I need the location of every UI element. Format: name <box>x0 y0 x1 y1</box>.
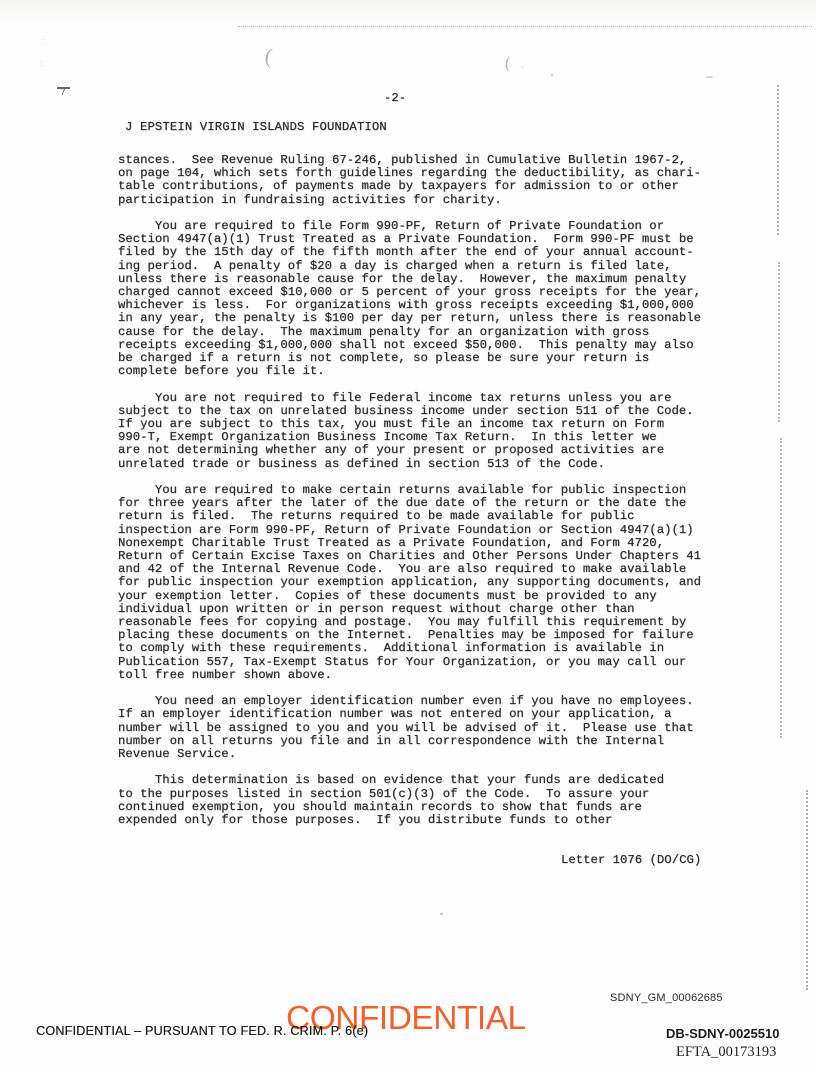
scan-artifact-tick: · <box>521 62 524 73</box>
addressee-line: J EPSTEIN VIRGIN ISLANDS FOUNDATION <box>125 120 387 134</box>
letter-body: stances. See Revenue Ruling 67-246, publ… <box>118 154 778 840</box>
scan-artifact-dash: – <box>706 69 712 83</box>
scanned-letter-page: ( ( · – : : 7 -2- J EPSTEIN VIRGIN ISLAN… <box>0 0 816 1073</box>
letter-form-reference: Letter 1076 (DO/CG) <box>561 853 701 867</box>
scan-artifact-dots: : <box>42 36 45 46</box>
scan-edge-dashed-line <box>806 790 808 990</box>
scan-edge-dashed-line <box>778 262 780 422</box>
paragraph-2: You are required to file Form 990-PF, Re… <box>118 220 778 378</box>
paragraph-5: You need an employer identification numb… <box>118 695 778 761</box>
paragraph-1: stances. See Revenue Ruling 67-246, publ… <box>118 154 778 207</box>
confidential-watermark: CONFIDENTIAL <box>286 1000 526 1038</box>
scan-edge-dashed-line <box>780 438 782 738</box>
scan-speck <box>440 913 443 915</box>
page-number: -2- <box>384 91 406 105</box>
paragraph-4: You are required to make certain returns… <box>118 484 778 682</box>
scan-artifact-mark: 7 <box>60 88 66 99</box>
paragraph-6: This determination is based on evidence … <box>118 774 778 827</box>
scan-artifact-dots: : <box>40 58 43 68</box>
bates-number-db-sdny: DB-SDNY-0025510 <box>666 1026 779 1041</box>
scan-artifact-paren: ( <box>504 53 511 73</box>
scan-edge-line <box>238 26 812 27</box>
scan-artifact-paren: ( <box>264 44 274 70</box>
paragraph-3: You are not required to file Federal inc… <box>118 392 778 471</box>
bates-number-efta: EFTA_00173193 <box>676 1044 776 1061</box>
bates-number-sdny-gm: SDNY_GM_00062685 <box>610 992 723 1004</box>
scan-speck <box>551 74 553 76</box>
